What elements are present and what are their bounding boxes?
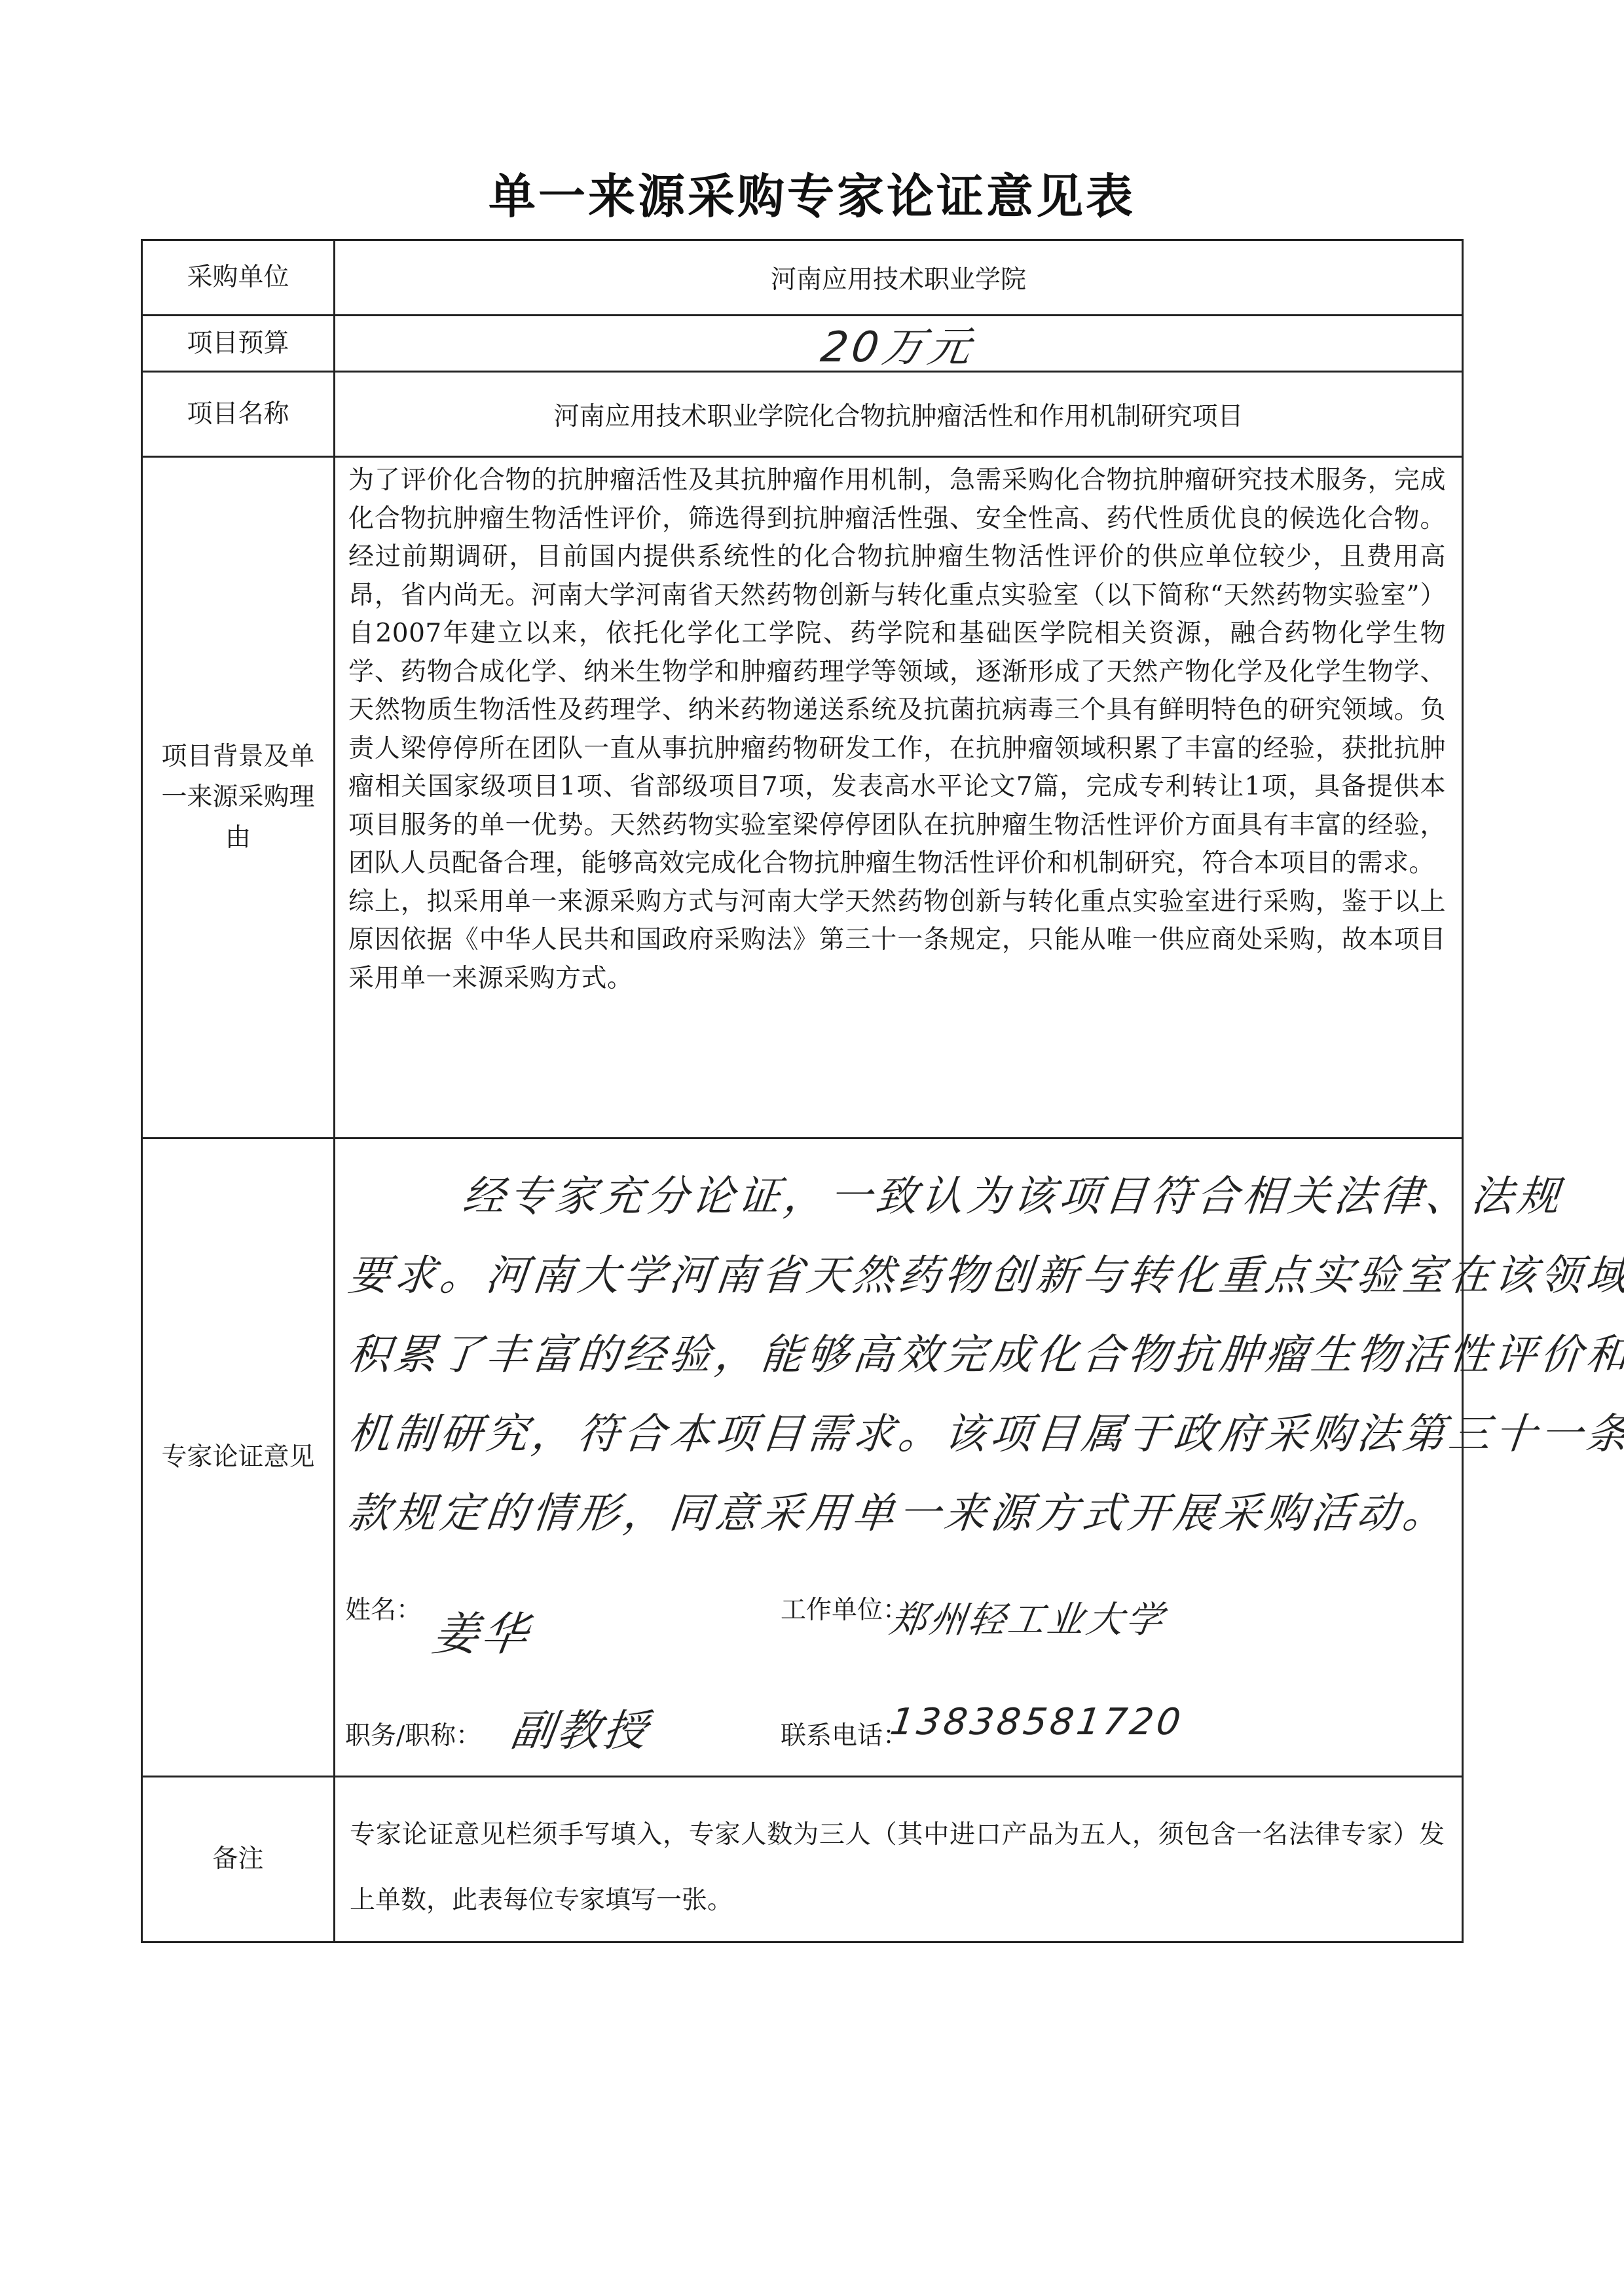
expert-opinion-cell: 经专家充分论证，一致认为该项目符合相关法律、法规 要求。河南大学河南省天然药物创… xyxy=(335,1139,1462,1776)
background-label: 项目背景及单一来源采购理由 xyxy=(143,458,335,1137)
row-budget: 项目预算 20万元 xyxy=(143,316,1462,373)
budget-handwritten-value: 20万元 xyxy=(818,314,979,374)
background-paragraph: 为了评价化合物的抗肿瘤活性及其抗肿瘤作用机制，急需采购化合物抗肿瘤研究技术服务，… xyxy=(348,462,1446,883)
budget-label: 项目预算 xyxy=(143,316,335,371)
expert-name-signature: 姜华 xyxy=(429,1597,535,1664)
expert-phone-value: 13838581720 xyxy=(887,1701,1186,1743)
handwritten-line: 款规定的情形，同意采用单一来源方式开展采购活动。 xyxy=(344,1474,1460,1554)
expert-org-value: 郑州轻工业大学 xyxy=(887,1591,1169,1643)
page-title: 单一来源采购专家论证意见表 xyxy=(0,160,1624,232)
expert-opinion-label: 专家论证意见 xyxy=(143,1139,335,1776)
row-procuring-unit: 采购单位 河南应用技术职业学院 xyxy=(143,241,1462,316)
expert-title-value: 副教授 xyxy=(507,1696,654,1758)
handwritten-line: 机制研究，符合本项目需求。该项目属于政府采购法第三十一条第一 xyxy=(344,1395,1460,1474)
background-paragraph: 综上，拟采用单一来源采购方式与河南大学天然药物创新与转化重点实验室进行采购，鉴于… xyxy=(348,883,1446,998)
remarks-text: 专家论证意见栏须手写填入，专家人数为三人（其中进口产品为五人，须包含一名法律专家… xyxy=(335,1777,1462,1941)
expert-opinion-handwriting: 经专家充分论证，一致认为该项目符合相关法律、法规 要求。河南大学河南省天然药物创… xyxy=(348,1157,1455,1554)
project-name-label: 项目名称 xyxy=(143,373,335,456)
expert-opinion-form-table: 采购单位 河南应用技术职业学院 项目预算 20万元 项目名称 河南应用技术职业学… xyxy=(141,239,1464,1943)
row-expert-opinion: 专家论证意见 经专家充分论证，一致认为该项目符合相关法律、法规 要求。河南大学河… xyxy=(143,1139,1462,1777)
handwritten-line: 积累了丰富的经验，能够高效完成化合物抗肿瘤生物活性评价和 xyxy=(344,1316,1460,1395)
row-background: 项目背景及单一来源采购理由 为了评价化合物的抗肿瘤活性及其抗肿瘤作用机制，急需采… xyxy=(143,458,1462,1139)
procuring-unit-label: 采购单位 xyxy=(143,241,335,314)
row-remarks: 备注 专家论证意见栏须手写填入，专家人数为三人（其中进口产品为五人，须包含一名法… xyxy=(143,1777,1462,1941)
project-name-value: 河南应用技术职业学院化合物抗肿瘤活性和作用机制研究项目 xyxy=(335,373,1462,456)
procuring-unit-value: 河南应用技术职业学院 xyxy=(335,241,1462,314)
budget-value-cell: 20万元 xyxy=(335,316,1462,371)
row-project-name: 项目名称 河南应用技术职业学院化合物抗肿瘤活性和作用机制研究项目 xyxy=(143,373,1462,458)
handwritten-line: 要求。河南大学河南省天然药物创新与转化重点实验室在该领域 xyxy=(344,1237,1460,1316)
expert-org-label: 工作单位： xyxy=(781,1590,908,1626)
remarks-label: 备注 xyxy=(143,1777,335,1941)
background-text: 为了评价化合物的抗肿瘤活性及其抗肿瘤作用机制，急需采购化合物抗肿瘤研究技术服务，… xyxy=(335,458,1462,1137)
expert-title-label: 职务/职称： xyxy=(345,1715,481,1752)
handwritten-line: 经专家充分论证，一致认为该项目符合相关法律、法规 xyxy=(344,1157,1460,1237)
expert-name-label: 姓名： xyxy=(345,1590,422,1626)
